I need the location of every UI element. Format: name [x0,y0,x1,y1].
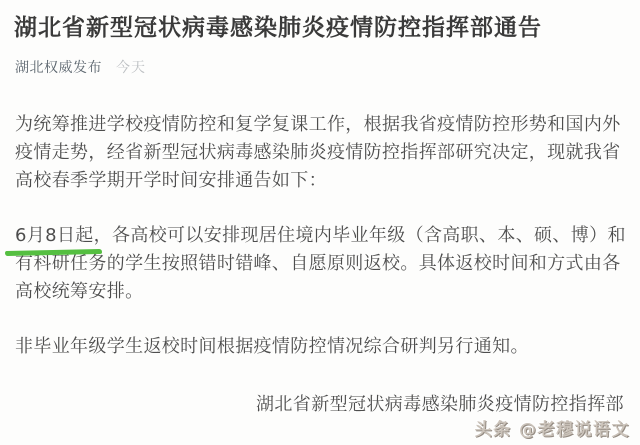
text-line: 为统筹推进学校疫情防控和复学复课工作，根据我省疫情防控形势和国内外 [15,111,625,139]
paragraph-return-date: 6月8日起，各高校可以安排现居住境内毕业年级（含高职、本、硕、博）和 有科研任务… [15,222,625,306]
text-line: 非毕业年级学生返校时间根据疫情防控情况综合研判另行通知。 [15,333,625,361]
text-after-highlight: ，各高校可以安排现居住境内毕业年级（含高职、本、硕、博）和 [94,225,626,246]
text-line: 高校统筹安排。 [15,278,625,306]
article-meta: 湖北权威发布今天 [0,43,640,77]
paragraph-intro: 为统筹推进学校疫情防控和复学复课工作，根据我省疫情防控形势和国内外 疫情走势，经… [15,111,625,195]
publisher-name[interactable]: 湖北权威发布 [15,60,102,76]
text-line: 高校春季学期开学时间安排通告如下： [15,167,625,195]
paragraph-non-graduates: 非毕业年级学生返校时间根据疫情防控情况综合研判另行通知。 [15,333,625,361]
text-line: 6月8日起，各高校可以安排现居住境内毕业年级（含高职、本、硕、博）和 [15,222,625,250]
date-highlight-underlined: 6月8日起 [15,222,94,250]
announcement-article: 湖北省新型冠状病毒感染肺炎疫情防控指挥部通告 湖北权威发布今天 为统筹推进学校疫… [0,0,640,445]
text-line: 有科研任务的学生按照错时错峰、自愿原则返校。具体返校时间和方式由各 [15,250,625,278]
issuer-signature: 湖北省新型冠状病毒感染肺炎疫情防控指挥部 [0,391,624,419]
toutiao-watermark: 头条 @老穆说语文 [0,419,630,441]
text-line: 疫情走势，经省新型冠状病毒感染肺炎疫情防控指挥部研究决定，现就我省 [15,139,625,167]
article-title: 湖北省新型冠状病毒感染肺炎疫情防控指挥部通告 [0,0,640,43]
publish-time: 今天 [116,60,146,76]
